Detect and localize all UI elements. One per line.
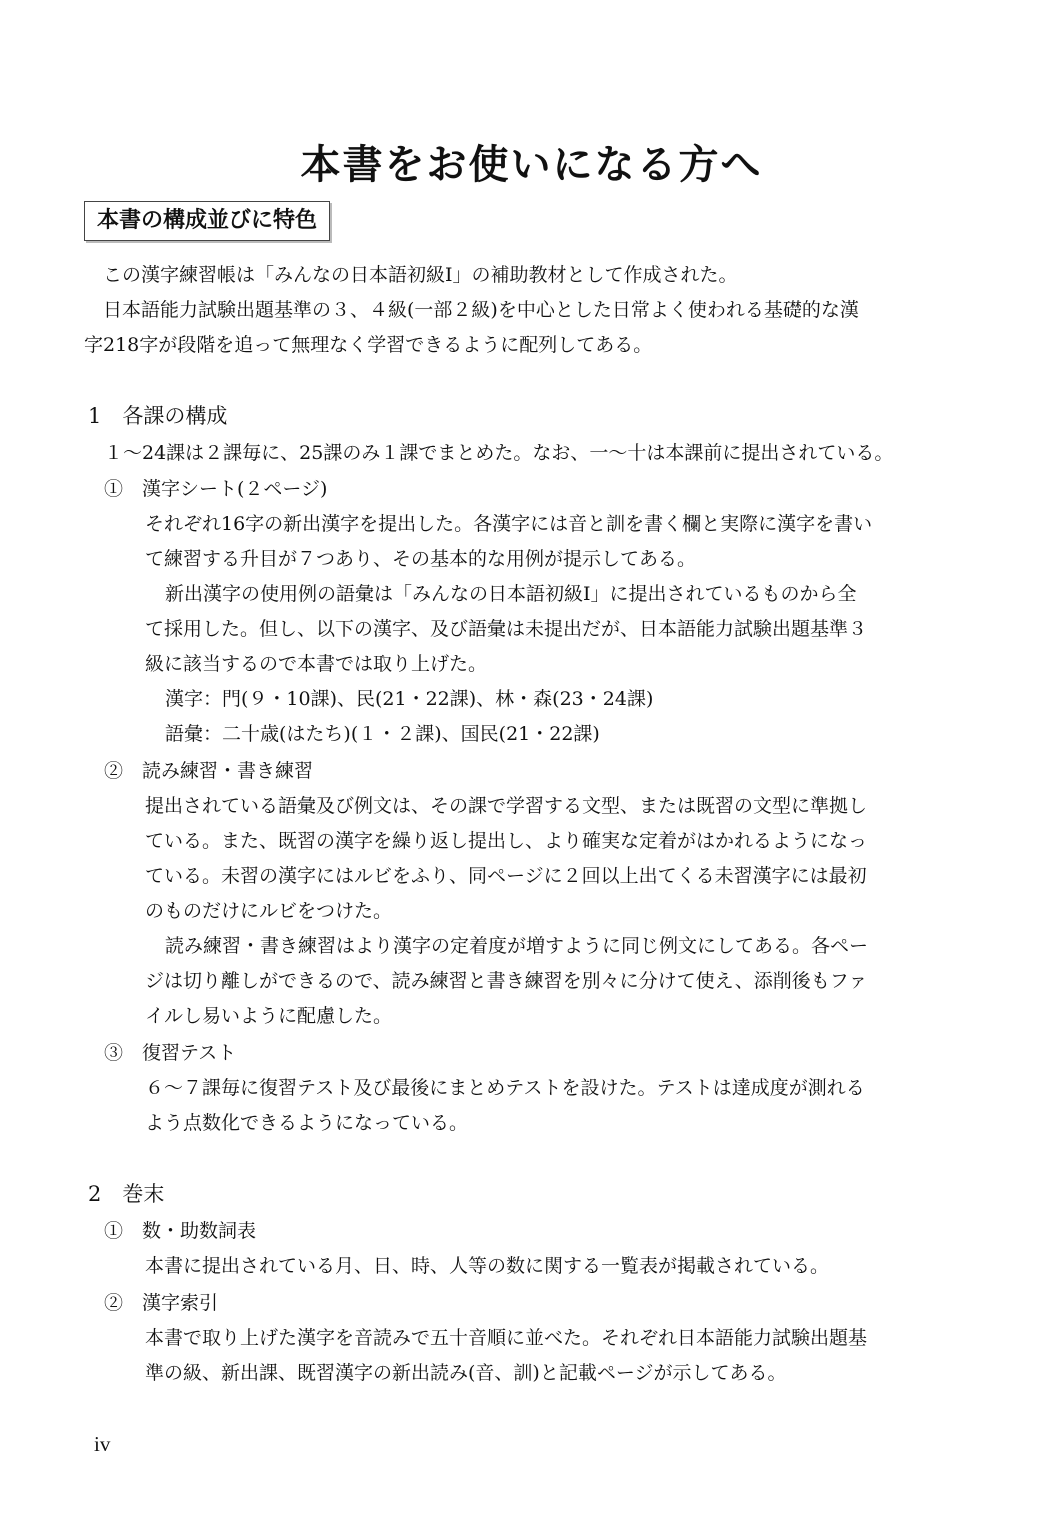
intro-line: この漢字練習帳は「みんなの日本語初級Ⅰ」の補助教材として作成された。 xyxy=(103,262,738,288)
body-line: ６～７課毎に復習テスト及び最後にまとめテストを設けた。テストは達成度が測れる xyxy=(145,1075,865,1101)
body-line: て採用した。但し、以下の漢字、及び語彙は未提出だが、日本語能力試験出題基準３ xyxy=(145,616,867,642)
body-line: イルし易いように配慮した。 xyxy=(145,1003,392,1029)
section-heading-box: 本書の構成並びに特色 xyxy=(84,201,330,241)
body-line: 新出漢字の使用例の語彙は「みんなの日本語初級Ⅰ」に提出されているものから全 xyxy=(165,581,857,607)
kanji-exception-line: 漢字：門(９・10課)、民(21・22課)、林・森(23・24課) xyxy=(165,686,653,712)
body-line: 提出されている語彙及び例文は、その課で学習する文型、または既習の文型に準拠し xyxy=(145,793,867,819)
page-number: iv xyxy=(94,1432,110,1457)
section-1-heading: 1 各課の構成 xyxy=(88,402,227,430)
intro-line: 日本語能力試験出題基準の３、４級(一部２級)を中心とした日常よく使われる基礎的な… xyxy=(103,297,859,323)
body-line: ジは切り離しができるので、読み練習と書き練習を別々に分けて使え、添削後もファ xyxy=(145,968,867,994)
body-line: 読み練習・書き練習はより漢字の定着度が増すように同じ例文にしてある。各ペー xyxy=(165,933,868,959)
item-1-2-label: ② 読み練習・書き練習 xyxy=(104,758,313,784)
intro-line: 字218字が段階を追って無理なく学習できるように配列してある。 xyxy=(84,332,652,358)
item-1-3-label: ③ 復習テスト xyxy=(104,1040,236,1066)
page-title: 本書をお使いになる方へ xyxy=(0,133,1063,190)
body-line: のものだけにルビをつけた。 xyxy=(145,898,392,924)
body-line: 級に該当するので本書では取り上げた。 xyxy=(145,651,487,677)
body-line: て練習する升目が７つあり、その基本的な用例が提示してある。 xyxy=(145,546,696,572)
body-line: 本書で取り上げた漢字を音読みで五十音順に並べた。それぞれ日本語能力試験出題基 xyxy=(145,1325,867,1351)
section-2-heading: 2 巻末 xyxy=(88,1180,164,1208)
body-line: 本書に提出されている月、日、時、人等の数に関する一覧表が掲載されている。 xyxy=(145,1253,829,1279)
item-2-1-label: ① 数・助数詞表 xyxy=(104,1218,256,1244)
body-line: 準の級、新出課、既習漢字の新出読み(音、訓)と記載ページが示してある。 xyxy=(145,1360,786,1386)
vocab-exception-line: 語彙：二十歳(はたち)(１・２課)、国民(21・22課) xyxy=(165,721,600,747)
body-line: よう点数化できるようになっている。 xyxy=(145,1110,468,1136)
body-line: ている。未習の漢字にはルビをふり、同ページに２回以上出てくる未習漢字には最初 xyxy=(145,863,867,889)
section-1-lead: １～24課は２課毎に、25課のみ１課でまとめた。なお、一～十は本課前に提出されて… xyxy=(104,440,893,466)
item-1-1-label: ① 漢字シート(２ページ) xyxy=(104,476,327,502)
item-2-2-label: ② 漢字索引 xyxy=(104,1290,218,1316)
body-line: ている。また、既習の漢字を繰り返し提出し、より確実な定着がはかれるようになっ xyxy=(145,828,867,854)
body-line: それぞれ16字の新出漢字を提出した。各漢字には音と訓を書く欄と実際に漢字を書い xyxy=(145,511,872,537)
